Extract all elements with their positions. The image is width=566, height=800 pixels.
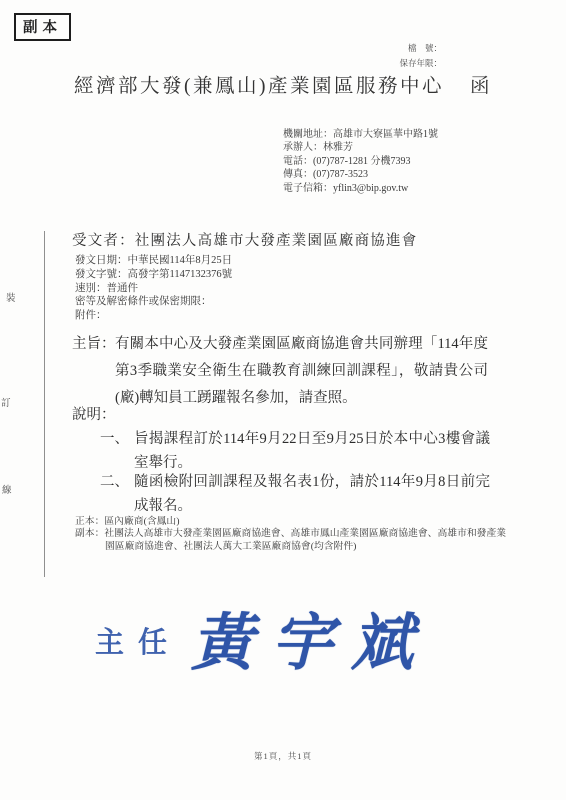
cc-label: 副本： bbox=[75, 528, 104, 539]
retention-period-label: 保存年限： bbox=[352, 56, 442, 71]
reference-number: 發文字號：高發字第1147132376號 bbox=[75, 268, 232, 282]
official-letter-page: 副本 檔 號： 保存年限： 經濟部大發(兼鳳山)產業園區服務中心函 機關地址：高… bbox=[0, 0, 566, 800]
copy-stamp-label: 副本 bbox=[23, 20, 62, 36]
document-type: 函 bbox=[470, 76, 492, 97]
contact-email: 電子信箱：yflin3@bip.gov.tw bbox=[283, 182, 438, 195]
binding-line bbox=[44, 231, 45, 577]
contact-phone: 電話：(07)787-1281 分機7393 bbox=[283, 155, 438, 168]
original-label: 正本： bbox=[75, 516, 104, 527]
binding-marker-xian: 線 bbox=[2, 482, 12, 496]
document-meta-block: 發文日期：中華民國114年8月25日 發文字號：高發字第1147132376號 … bbox=[75, 254, 232, 323]
page-number-footer: 第1頁，共1頁 bbox=[0, 750, 566, 762]
priority-level: 速別：普通件 bbox=[75, 282, 232, 296]
original-recipients: 正本：區內廠商(含鳳山) bbox=[75, 516, 513, 528]
recipient-line: 受文者：社團法人高雄市大發產業園區廠商協進會 bbox=[72, 229, 417, 250]
original-text: 區內廠商(含鳳山) bbox=[104, 516, 179, 527]
subject-text: 有關本中心及大發產業園區廠商協進會共同辦理「114年度第3季職業安全衛生在職教育… bbox=[115, 336, 488, 406]
copy-stamp-box: 副本 bbox=[14, 13, 71, 41]
issue-date: 發文日期：中華民國114年8月25日 bbox=[75, 254, 232, 268]
issuing-agency: 經濟部大發(兼鳳山)產業園區服務中心 bbox=[74, 76, 444, 97]
subject-label: 主旨： bbox=[72, 331, 116, 358]
item-2-number: 二、 bbox=[100, 471, 129, 495]
signer-title: 主任 bbox=[95, 620, 181, 661]
contact-person: 承辦人：林雅芳 bbox=[283, 141, 438, 154]
document-title: 經濟部大發(兼鳳山)產業園區服務中心函 bbox=[0, 70, 566, 98]
item-2-text: 隨函檢附回訓課程及報名表1份，請於114年9月8日前完成報名。 bbox=[134, 474, 490, 514]
director-signature-stamp: 主任 黃宇斌 bbox=[95, 593, 431, 682]
item-1-text: 旨揭課程訂於114年9月22日至9月25日於本中心3樓會議室舉行。 bbox=[134, 431, 490, 471]
description-item-1: 一、 旨揭課程訂於114年9月22日至9月25日於本中心3樓會議室舉行。 bbox=[72, 428, 490, 475]
binding-marker-zhuang: 裝 bbox=[6, 290, 16, 304]
subject-paragraph: 主旨： 有關本中心及大發產業園區廠商協進會共同辦理「114年度第3季職業安全衛生… bbox=[72, 331, 488, 412]
binding-marker-ding: 訂 bbox=[1, 395, 11, 409]
agency-address: 機關地址：高雄市大寮區華中路1號 bbox=[283, 128, 438, 141]
item-1-number: 一、 bbox=[100, 428, 129, 452]
distribution-block: 正本：區內廠商(含鳳山) 副本：社團法人高雄市大發產業園區廠商協進會、高雄市鳳山… bbox=[75, 516, 513, 553]
cc-text: 社團法人高雄市大發產業園區廠商協進會、高雄市鳳山產業園區廠商協進會、高雄市和發產… bbox=[104, 528, 506, 551]
attachment-label: 附件： bbox=[75, 309, 232, 323]
description-label: 說明： bbox=[72, 403, 116, 424]
file-number-label: 檔 號： bbox=[352, 41, 442, 56]
contact-fax: 傳真：(07)787-3523 bbox=[283, 168, 438, 181]
signer-name: 黃宇斌 bbox=[191, 593, 431, 682]
filing-info: 檔 號： 保存年限： bbox=[352, 41, 442, 71]
agency-contact-block: 機關地址：高雄市大寮區華中路1號 承辦人：林雅芳 電話：(07)787-1281… bbox=[283, 128, 438, 195]
security-classification: 密等及解密條件或保密期限： bbox=[75, 295, 232, 309]
copy-recipients: 副本：社團法人高雄市大發產業園區廠商協進會、高雄市鳳山產業園區廠商協進會、高雄市… bbox=[75, 528, 513, 553]
description-item-2: 二、 隨函檢附回訓課程及報名表1份，請於114年9月8日前完成報名。 bbox=[72, 471, 490, 518]
